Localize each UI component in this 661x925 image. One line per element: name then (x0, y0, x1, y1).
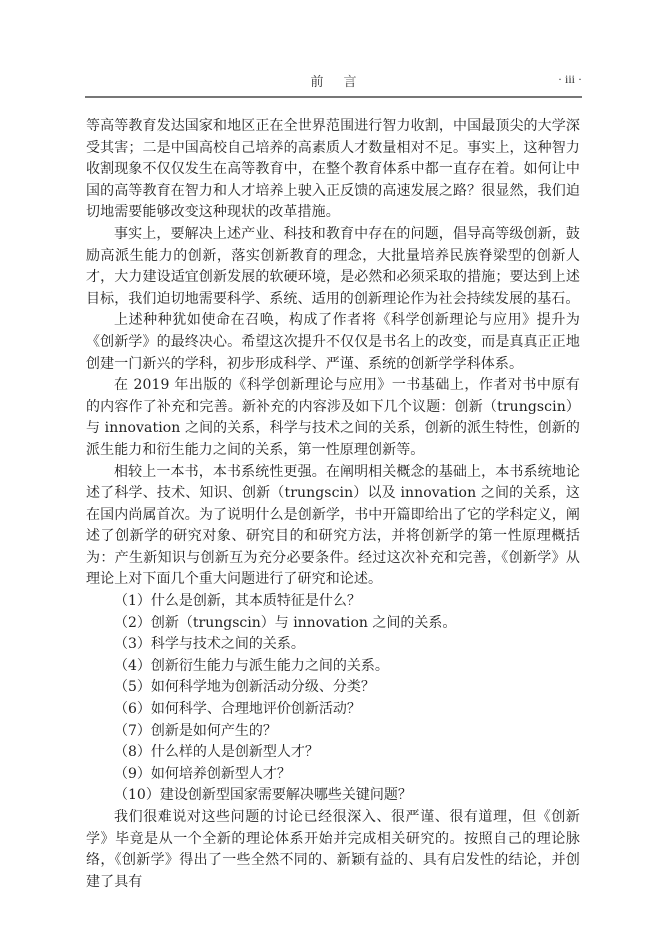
list-item: （4）创新衍生能力与派生能力之间的关系。 (86, 656, 580, 678)
question-list: （1）什么是创新，其本质特征是什么？ （2）创新（trungscin）与 inn… (86, 591, 580, 807)
list-item: （6）如何科学、合理地评价创新活动？ (86, 699, 580, 721)
paragraph: 事实上，要解决上述产业、科技和教育中存在的问题，倡导高等级创新，鼓励高派生能力的… (86, 224, 580, 310)
list-item: （5）如何科学地为创新活动分级、分类？ (86, 677, 580, 699)
list-item: （10）建设创新型国家需要解决哪些关键问题？ (86, 785, 580, 807)
list-item: （8）什么样的人是创新型人才？ (86, 742, 580, 764)
paragraph-continued: 等高等教育发达国家和地区正在全世界范围进行智力收割，中国最顶尖的大学深受其害；二… (86, 116, 580, 224)
paragraph: 在 2019 年出版的《科学创新理论与应用》一书基础上，作者对书中原有的内容作了… (86, 375, 580, 461)
page-body: 等高等教育发达国家和地区正在全世界范围进行智力收割，中国最顶尖的大学深受其害；二… (86, 116, 580, 893)
paragraph: 上述种种犹如使命在召唤，构成了作者将《科学创新理论与应用》提升为《创新学》的最终… (86, 310, 580, 375)
list-item: （1）什么是创新，其本质特征是什么？ (86, 591, 580, 613)
header-rule (85, 96, 582, 98)
list-item: （9）如何培养创新型人才？ (86, 764, 580, 786)
closing-paragraph: 我们很难说对这些问题的讨论已经很深入、很严谨、很有道理，但《创新学》毕竟是从一个… (86, 807, 580, 893)
list-item: （7）创新是如何产生的？ (86, 721, 580, 743)
page-number: · iii · (558, 72, 582, 87)
chapter-title: 前言 (85, 71, 582, 90)
paragraph: 相较上一本书，本书系统性更强。在阐明相关概念的基础上，本书系统地论述了科学、技术… (86, 462, 580, 592)
list-item: （2）创新（trungscin）与 innovation 之间的关系。 (86, 613, 580, 635)
running-header: 前言 · iii · (85, 68, 582, 96)
list-item: （3）科学与技术之间的关系。 (86, 634, 580, 656)
